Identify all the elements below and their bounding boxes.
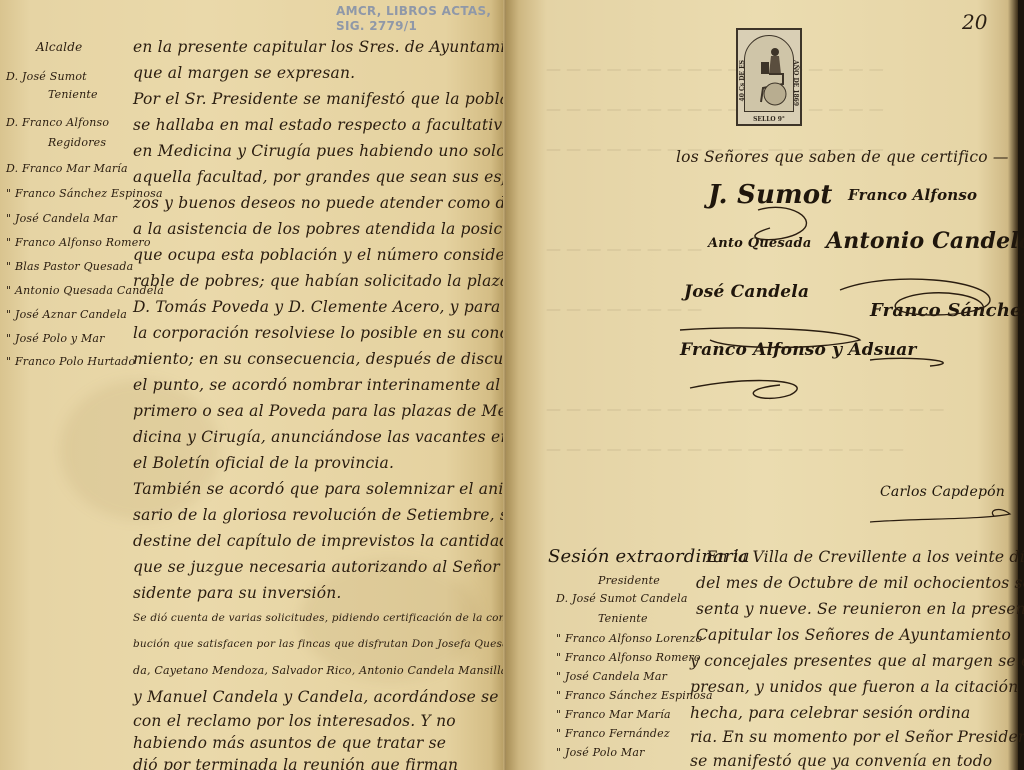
margin-entry: " Franco Alfonso Romero <box>6 236 151 249</box>
seal-bottom-text: SELLO 9° <box>738 116 800 123</box>
text-line: que ocupa esta población y el número con… <box>133 246 505 264</box>
margin-entry: " Blas Pastor Quesada <box>6 260 133 273</box>
left-page: AMCR, LIBROS ACTAS, SIG. 2779/1 Alcalde … <box>0 0 506 770</box>
text-line: el Boletín oficial de la provincia. <box>133 454 394 472</box>
page-number: 20 <box>962 10 987 34</box>
text-line: En la Villa de Crevillente a los veinte … <box>706 548 1024 566</box>
margin-entry: " Franco Mar María <box>556 708 671 721</box>
margin-entry: " José Candela Mar <box>6 212 117 225</box>
margin-entry: Teniente <box>598 612 648 625</box>
text-line: Capitular los Señores de Ayuntamiento <box>696 626 1011 644</box>
signature: Carlos Capdepón <box>880 484 1005 500</box>
text-line: que al margen se expresan. <box>133 64 355 82</box>
text-line: primero o sea al Poveda para las plazas … <box>133 402 506 420</box>
text-line: se manifestó que ya convenía en todo <box>690 752 992 770</box>
archive-stamp-line: AMCR, LIBROS ACTAS, <box>336 4 491 19</box>
seal-frame <box>744 35 794 112</box>
paper-stain <box>60 380 220 520</box>
margin-entry: " José Polo Mar <box>556 746 645 759</box>
text-line: da, Cayetano Mendoza, Salvador Rico, Ant… <box>133 664 506 677</box>
margin-heading: Alcalde <box>36 40 82 54</box>
margin-entry: " Franco Alfonso Lorenzo <box>556 632 702 645</box>
text-line: la corporación resolviese lo posible en … <box>133 324 506 342</box>
text-line: Por el Sr. Presidente se manifestó que l… <box>133 90 506 108</box>
margin-entry: Teniente <box>48 88 98 101</box>
text-line: dió por terminada la reunión que firman <box>133 756 458 770</box>
text-line: y concejales presentes que al margen se … <box>690 652 1024 670</box>
text-line: bución que satisfacen por las fincas que… <box>133 638 506 650</box>
margin-entry: " Franco Fernández <box>556 727 670 740</box>
text-line: aquella facultad, por grandes que sean s… <box>133 168 506 186</box>
text-line: habiendo más asuntos de que tratar se <box>133 734 446 752</box>
text-line: ria. En su momento por el Señor Presiden… <box>690 728 1024 746</box>
margin-entry: D. Franco Mar María <box>6 162 128 175</box>
closing-line: los Señores que saben de que certifico — <box>676 148 1009 166</box>
text-line: Se dió cuenta de varias solicitudes, pid… <box>133 612 506 624</box>
text-line: el punto, se acordó nombrar interinament… <box>133 376 500 394</box>
text-line: También se acordó que para solemnizar el… <box>133 480 506 498</box>
text-line: hecha, para celebrar sesión ordina <box>690 704 970 722</box>
text-line: sario de la gloriosa revolución de Setie… <box>133 506 506 524</box>
seated-figure-icon <box>755 44 789 106</box>
text-line: presan, y unidos que fueron a la citació… <box>690 678 1018 696</box>
text-line: y Manuel Candela y Candela, acordándose … <box>133 688 506 706</box>
text-line: destine del capítulo de imprevistos la c… <box>133 532 506 550</box>
archive-stamp: AMCR, LIBROS ACTAS, SIG. 2779/1 <box>336 4 491 34</box>
margin-entry: " José Candela Mar <box>556 670 667 683</box>
text-line: a la asistencia de los pobres atendida l… <box>133 220 506 238</box>
margin-entry: " Franco Alfonso Romero <box>556 651 701 664</box>
margin-entry: " José Polo y Mar <box>6 332 105 345</box>
text-line: se hallaba en mal estado respecto a facu… <box>133 116 506 134</box>
signature-underline-icon <box>870 500 1020 530</box>
text-line: D. Tomás Poveda y D. Clemente Acero, y p… <box>133 298 506 316</box>
text-line: zos y buenos deseos no puede atender com… <box>133 194 506 212</box>
text-line: rable de pobres; que habían solicitado l… <box>133 272 506 290</box>
text-line: del mes de Octubre de mil ochocientos se… <box>696 574 1024 592</box>
seal-left-text: 40 Cs DE ES <box>739 60 746 101</box>
seal-right-text: AÑO DE 1869 <box>792 60 799 106</box>
margin-entry: Presidente <box>598 574 660 587</box>
fiscal-seal-stamp: 40 Cs DE ES AÑO DE 1869 SELLO 9° <box>736 28 802 126</box>
signature-flourish-icon <box>670 190 1020 400</box>
margin-entry: " Franco Polo Hurtado <box>6 355 135 368</box>
text-line: en la presente capitular los Sres. de Ay… <box>133 38 506 56</box>
margin-entry: Regidores <box>48 136 106 149</box>
text-line: senta y nueve. Se reunieron en la presen… <box>696 600 1024 618</box>
text-line: dicina y Cirugía, anunciándose las vacan… <box>133 428 506 446</box>
text-line: sidente para su inversión. <box>133 584 342 602</box>
margin-entry: D. José Sumot Candela <box>556 592 688 605</box>
margin-entry: " José Aznar Candela <box>6 308 127 321</box>
text-line: con el reclamo por los interesados. Y no <box>133 712 456 730</box>
margin-entry: D. José Sumot <box>6 70 87 83</box>
text-line: en Medicina y Cirugía pues habiendo uno … <box>133 142 506 160</box>
text-line: miento; en su consecuencia, después de d… <box>133 350 506 368</box>
archive-stamp-line: SIG. 2779/1 <box>336 19 491 34</box>
text-line: que se juzgue necesaria autorizando al S… <box>133 558 506 576</box>
margin-entry: D. Franco Alfonso <box>6 116 109 129</box>
